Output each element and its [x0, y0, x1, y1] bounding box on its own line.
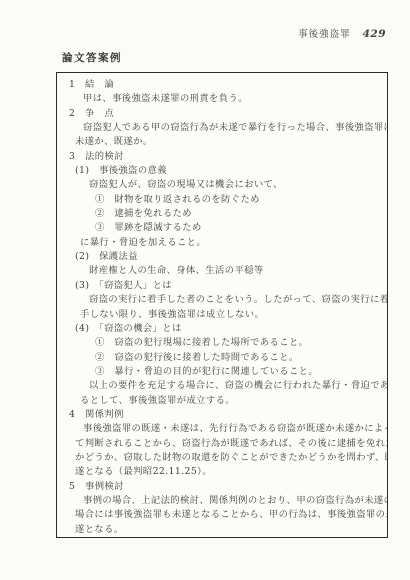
answer-line: (2) 保護法益 [57, 250, 387, 264]
answer-line: 事例の場合、上記法的検討、関係判例のとおり、甲の窃盗行為が未遂の [57, 494, 387, 508]
answer-line: 5 事例検討 [57, 480, 387, 494]
document-page: 事後強盗罪429 論文答案例 1 結 論甲は、事後強盗未遂罪の刑責を負う。2 争… [0, 0, 410, 580]
header-chapter-title: 事後強盗罪 [298, 29, 351, 40]
answer-line: 1 結 論 [57, 78, 387, 92]
answer-line: 3 法的検討 [57, 150, 387, 164]
answer-line: 財産権と人の生命、身体、生活の平穏等 [57, 264, 387, 278]
answer-line: 窃盗犯人が、窃盗の現場又は機会において、 [57, 178, 387, 192]
answer-line: るとして、事後強盗罪が成立する。 [57, 394, 387, 408]
answer-line: (1) 事後強盗の意義 [57, 164, 387, 178]
answer-line: ① 窃盗の犯行現場に接着した場所であること。 [57, 336, 387, 350]
answer-line: 未遂か、既遂か。 [57, 135, 387, 149]
running-header: 事後強盗罪429 [298, 26, 386, 40]
answer-line: 事後強盗罪の既遂・未遂は、先行行為である窃盗が既遂か未遂かによっ [57, 422, 387, 436]
answer-line: 窃盗犯人である甲の窃盗行為が未遂で暴行を行った場合、事後強盗罪は [57, 121, 387, 135]
answer-line: 場合には事後強盗罪も未遂となることから、甲の行為は、事後強盗罪の未 [57, 508, 387, 522]
answer-line: ① 財物を取り返されるのを防ぐため [57, 193, 387, 207]
answer-line: 手しない限り、事後強盗罪は成立しない。 [57, 308, 387, 322]
answer-line: ③ 暴行・脅迫の目的が犯行に関連していること。 [57, 365, 387, 379]
answer-line: 遂となる（最判昭22.11.25）。 [57, 465, 387, 479]
answer-line: ② 逮捕を免れるため [57, 207, 387, 221]
answer-line: 遂となる。 [57, 523, 387, 537]
answer-line: 4 関係判例 [57, 408, 387, 422]
answer-line: ② 窃盗の犯行後に接着した時間であること。 [57, 351, 387, 365]
answer-line: かどうか、窃取した財物の取還を防ぐことができたかどうかを問わず、既 [57, 451, 387, 465]
header-page-number: 429 [363, 28, 386, 40]
answer-line: に暴行・脅迫を加えること。 [57, 236, 387, 250]
answer-line: て判断されることから、窃盗行為が既遂であれば、その後に逮捕を免れた [57, 437, 387, 451]
answer-line: (4) 「窃盗の機会」とは [57, 322, 387, 336]
page-title: 論文答案例 [62, 50, 122, 65]
model-answer-box: 1 結 論甲は、事後強盗未遂罪の刑責を負う。2 争 点窃盗犯人である甲の窃盗行為… [56, 72, 388, 538]
answer-line: 2 争 点 [57, 107, 387, 121]
answer-line: (3) 「窃盗犯人」とは [57, 279, 387, 293]
answer-line: 甲は、事後強盗未遂罪の刑責を負う。 [57, 92, 387, 106]
answer-line: 以上の要件を充足する場合に、窃盗の機会に行われた暴行・脅迫であ [57, 379, 387, 393]
answer-line: 窃盗の実行に着手した者のことをいう。したがって、窃盗の実行に着 [57, 293, 387, 307]
answer-line: ③ 罪跡を隠滅するため [57, 221, 387, 235]
